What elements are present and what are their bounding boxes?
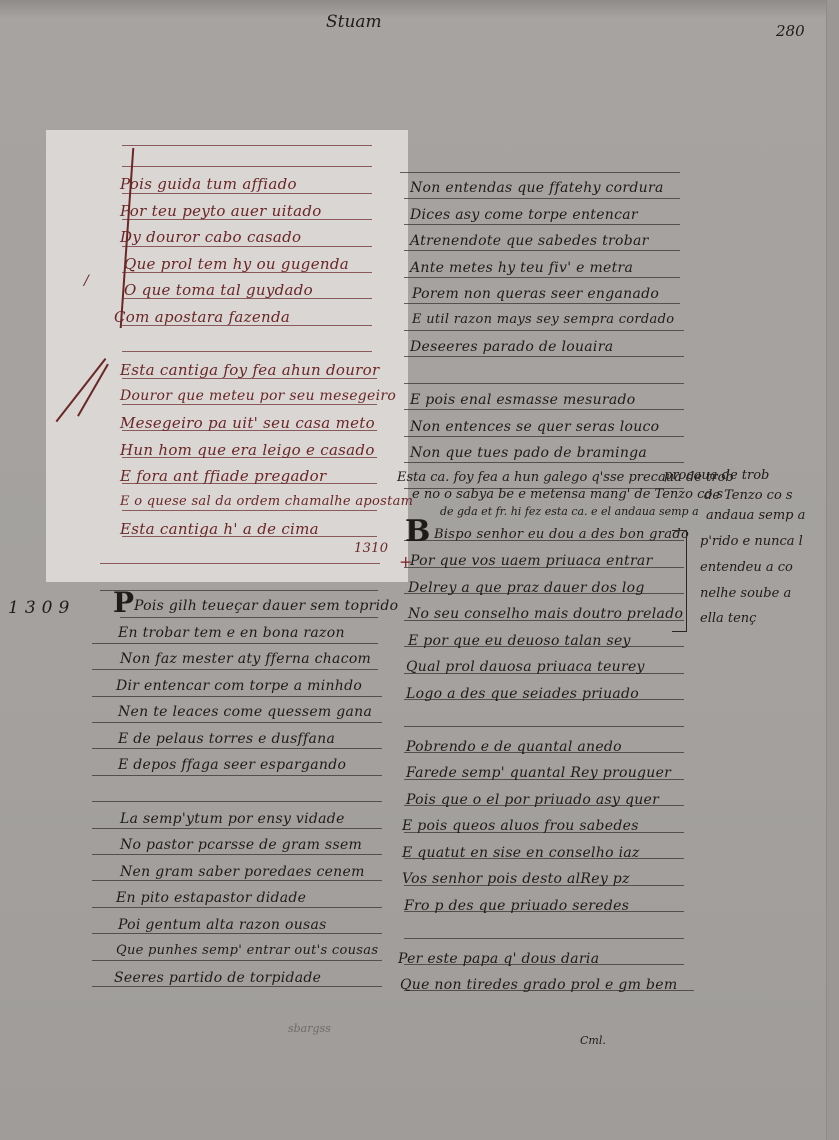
rubric-line: Hun hom que era leigo e casado xyxy=(120,441,375,459)
verse-line: Per este papa q' dous daria xyxy=(398,951,599,967)
page-edge xyxy=(826,0,839,1140)
rubric-line: E o quese sal da ordem chamalhe apostam xyxy=(120,494,413,509)
side-note-line: procaua de trob xyxy=(664,468,769,483)
verse-line: E pois queos aluos frou sabedes xyxy=(402,818,639,834)
verse-line: Nen gram saber poredaes cenem xyxy=(120,864,365,880)
side-note-line: ella tenç xyxy=(700,611,756,626)
verse-line: Atrenendote que sabedes trobar xyxy=(410,233,649,249)
verse-line: Que non tiredes grado prol e gm bem xyxy=(400,977,677,993)
selection-highlight xyxy=(46,130,408,582)
verse-line: Porem non queras seer enganado xyxy=(412,286,659,302)
verse-line: E quatut en sise en conselho iaz xyxy=(402,845,640,861)
verse-line: Dices asy come torpe entencar xyxy=(410,207,638,223)
verse-line: Fro p des que priuado seredes xyxy=(404,898,629,914)
bracket xyxy=(672,530,687,632)
verse-line: Dy douror cabo casado xyxy=(120,228,301,246)
verse-line: Farede semp' quantal Rey prouguer xyxy=(406,765,671,781)
verse-line: Dir entencar com torpe a minhdo xyxy=(116,678,362,694)
verse-line: Que punhes semp' entrar out's cousas xyxy=(116,943,378,958)
verse-line: E de pelaus torres e dusffana xyxy=(118,731,335,747)
rubric-line: de gda et fr. hi fez esta ca. e el andau… xyxy=(440,505,699,518)
rubric-line: e no o sabya be e metensa mang' de Tenzo… xyxy=(412,487,723,502)
initial-letter-p: P xyxy=(113,586,134,619)
side-note-line: nelhe soube a xyxy=(700,586,791,601)
year-1310: 1310 xyxy=(354,541,388,556)
verse-line: E depos ffaga seer espargando xyxy=(118,757,346,773)
verse-line: No seu conselho mais doutro prelado xyxy=(408,606,683,622)
verse-line: Que prol tem hy ou gugenda xyxy=(124,255,349,273)
verse-line: Por que vos uaem priuaca entrar xyxy=(410,553,653,569)
top-annotation: Stuam xyxy=(326,12,382,32)
verse-line: Pois que o el por priuado asy quer xyxy=(406,792,659,808)
verse-line: Por teu peyto auer uitado xyxy=(120,202,322,220)
verse-line: Non entences se quer seras louco xyxy=(410,419,659,435)
verse-line: Deseeres parado de louaira xyxy=(410,339,613,355)
year-1309: 1309 xyxy=(8,598,75,618)
verse-line: Poi gentum alta razon ousas xyxy=(118,917,327,933)
verse-line: Pois gilh teueçar dauer sem toprido xyxy=(134,598,398,614)
margin-mark: / xyxy=(84,273,89,289)
verse-line: Vos senhor pois desto alRey pz xyxy=(402,871,630,887)
verse-line: E pois enal esmasse mesurado xyxy=(410,392,636,408)
verse-line: Com apostara fazenda xyxy=(114,308,290,326)
verse-line: Nen te leaces come quessem gana xyxy=(118,704,372,720)
rubric-line: Mesegeiro pa uit' seu casa meto xyxy=(120,414,375,432)
faint-mark: sbargss xyxy=(288,1022,331,1035)
initial-letter-b: B xyxy=(405,514,430,549)
side-note-line: andaua semp a xyxy=(706,508,805,523)
verse-line: E util razon mays sey sempra cordado xyxy=(412,312,674,327)
side-note-line: entendeu a co xyxy=(700,560,793,575)
verse-line: Logo a des que seiades priuado xyxy=(406,686,639,702)
verse-line: Ante metes hy teu fiv' e metra xyxy=(410,260,633,276)
folio-number: 280 xyxy=(776,22,805,40)
verse-line: Seeres partido de torpidade xyxy=(114,970,321,986)
verse-line: Pois guida tum affiado xyxy=(120,175,297,193)
rubric-line: Douror que meteu por seu mesegeiro xyxy=(120,388,396,404)
side-note-line: de Tenzo co s xyxy=(704,488,793,503)
verse-line: Bispo senhor eu dou a des bon grado xyxy=(434,527,689,542)
verse-line: En trobar tem e en bona razon xyxy=(118,625,345,641)
verse-line: Non que tues pado de braminga xyxy=(410,445,647,461)
verse-line: Pobrendo e de quantal anedo xyxy=(406,739,622,755)
verse-line: La semp'ytum por ensy vidade xyxy=(120,811,345,827)
verse-line: Non faz mester aty fferna chacom xyxy=(120,651,371,667)
verse-line: Non entendas que ffatehy cordura xyxy=(410,180,664,196)
verse-line: O que toma tal guydado xyxy=(124,281,313,299)
side-note-line: p'rido e nunca l xyxy=(700,534,803,549)
verse-line: E por que eu deuoso talan sey xyxy=(408,633,631,649)
verse-line: Delrey a que praz dauer dos log xyxy=(408,580,645,596)
rubric-line: Esta cantiga foy fea ahun douror xyxy=(120,361,379,379)
rubric-line: Esta cantiga h' a de cima xyxy=(120,520,319,538)
rubric-line: E fora ant ffiade pregador xyxy=(120,467,326,485)
verse-line: Qual prol dauosa priuaca teurey xyxy=(406,659,645,675)
catchword: Cml. xyxy=(580,1034,606,1047)
verse-line: No pastor pcarsse de gram ssem xyxy=(120,837,362,853)
verse-line: En pito estapastor didade xyxy=(116,890,306,906)
